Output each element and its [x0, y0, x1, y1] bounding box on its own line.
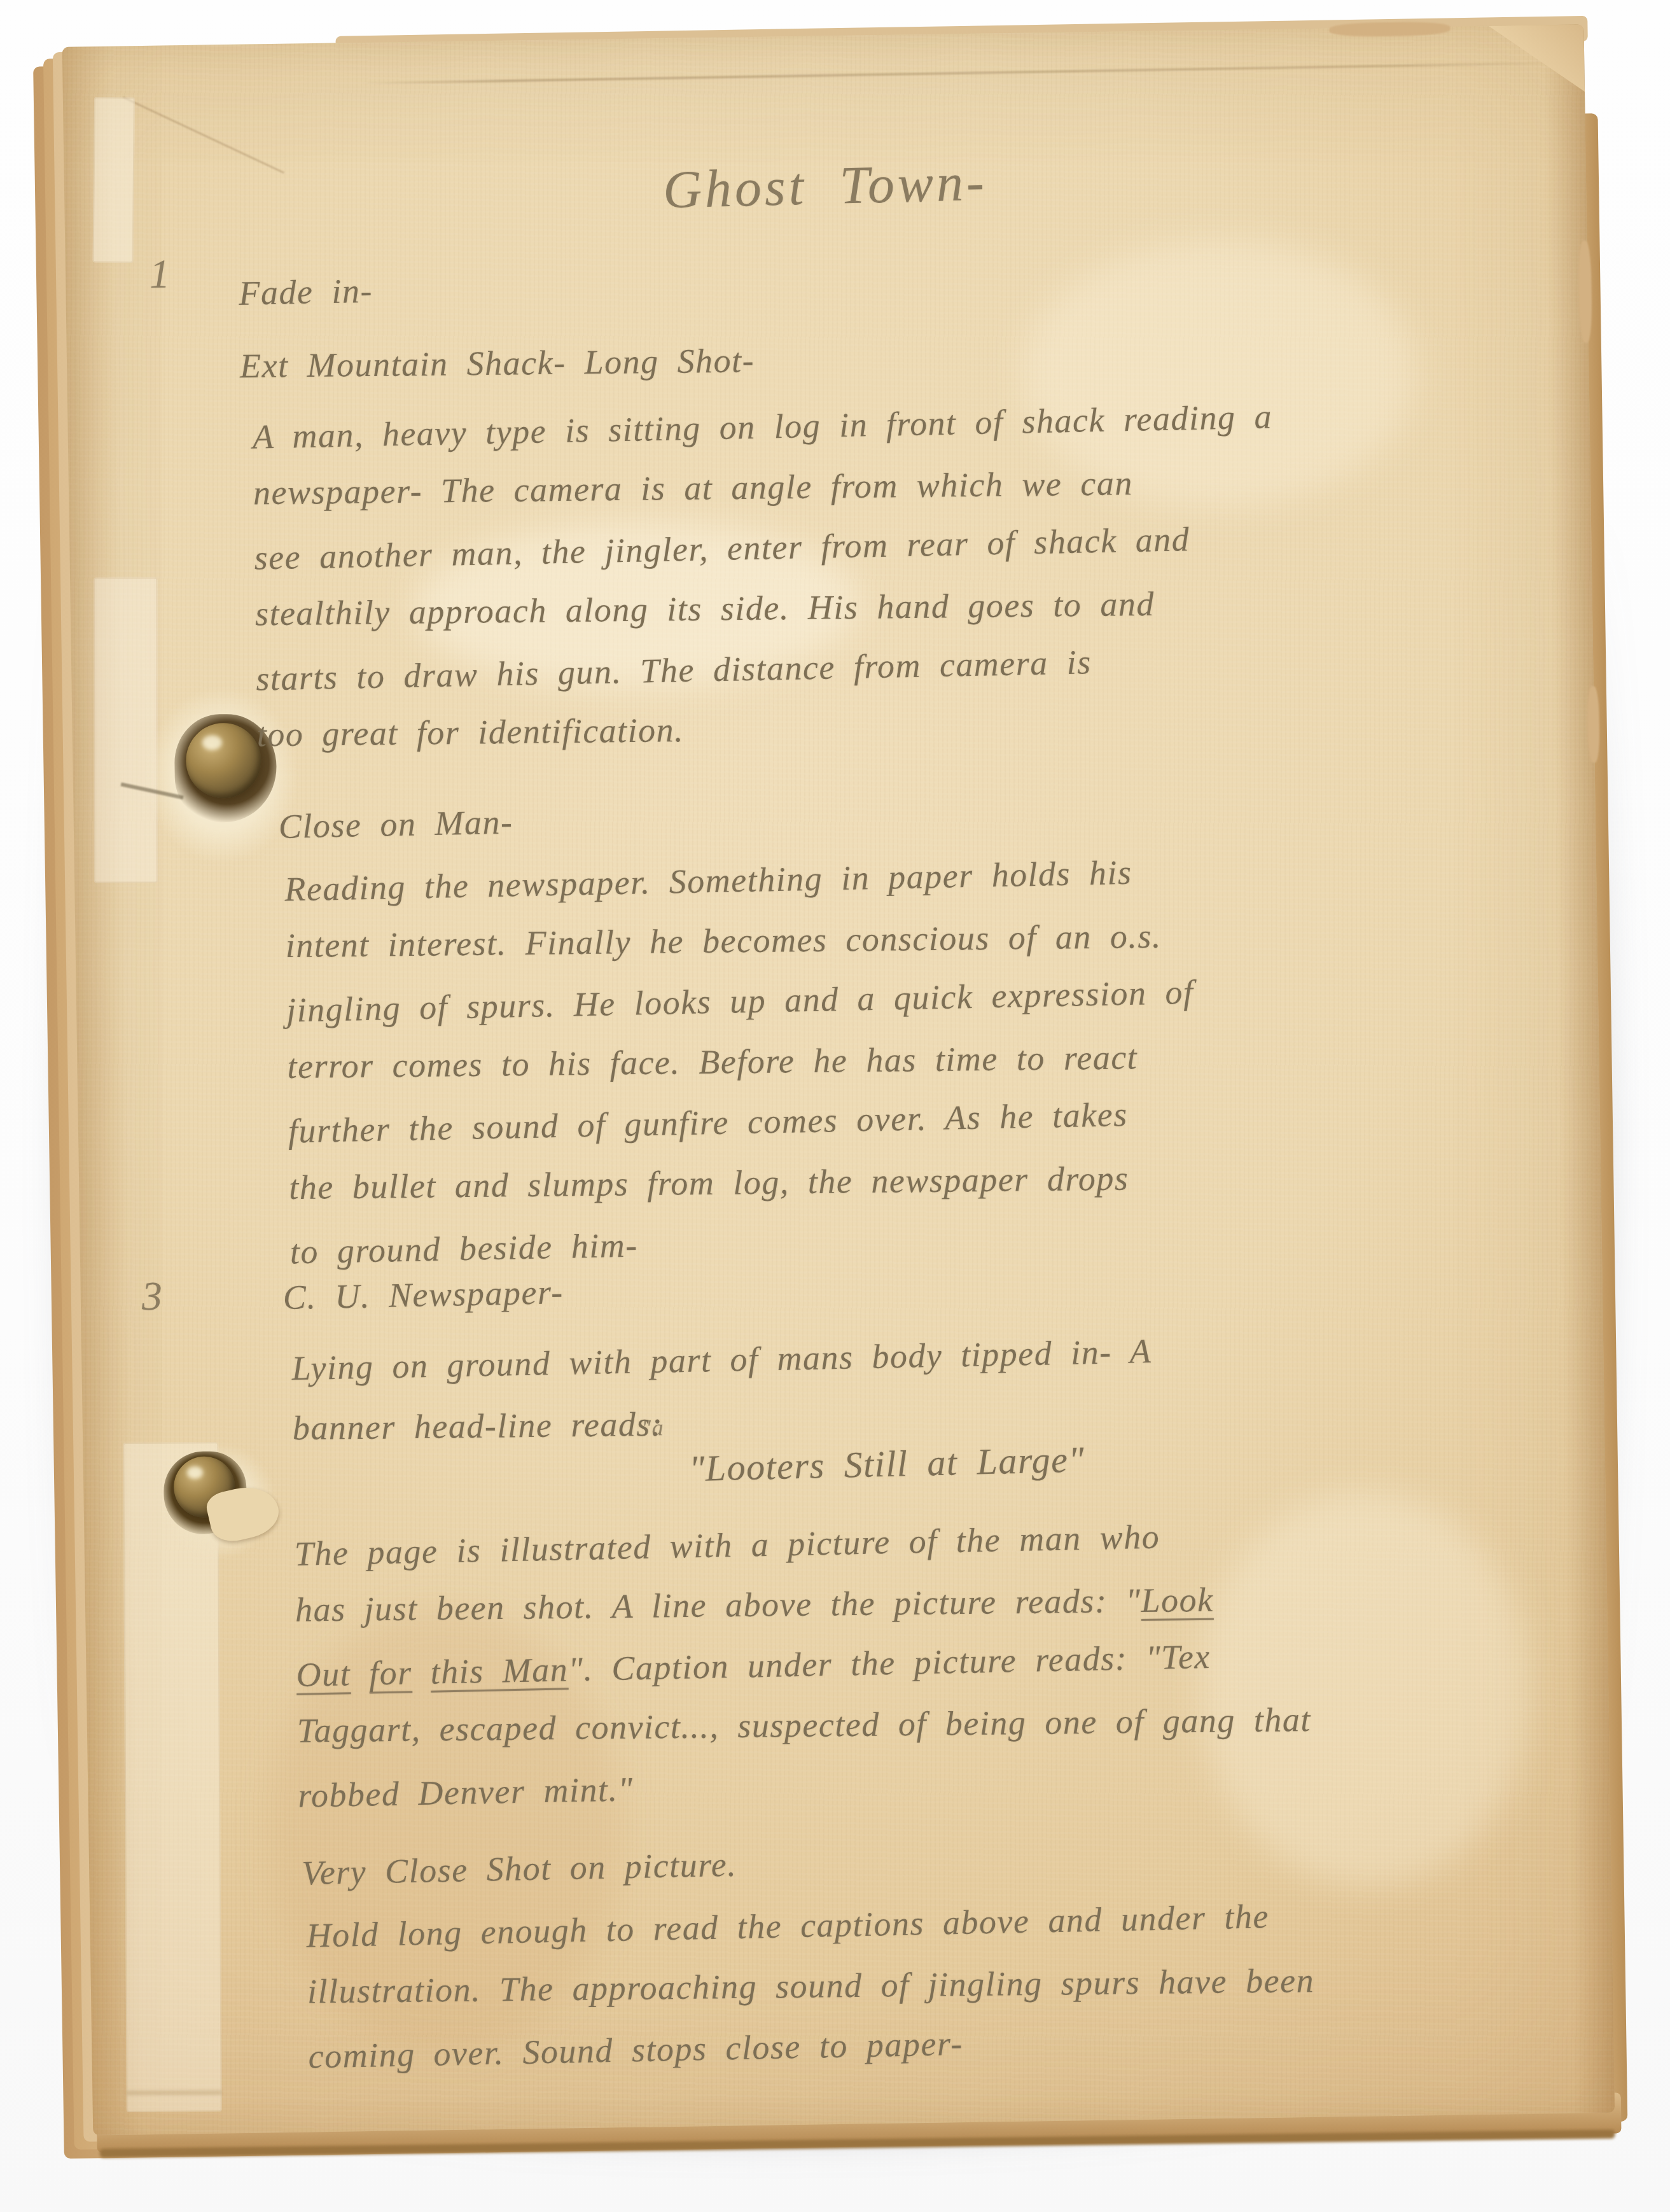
- underlined-word: Look: [1141, 1581, 1214, 1620]
- paper-stack: Ghost Town- 1 Fade in-Ext Mountain Shack…: [62, 24, 1615, 2135]
- scene-1-heading: Fade in-Ext Mountain Shack- Long Shot-: [239, 247, 755, 405]
- handwritten-line: too great for identification.: [256, 694, 1277, 766]
- scene-3-action-continued: The page is illustrated with a picture o…: [294, 1506, 1312, 1824]
- handwritten-line: Fade in-: [238, 246, 754, 331]
- handwritten-line: Close on Man-: [278, 792, 513, 857]
- manuscript-photo: Ghost Town- 1 Fade in-Ext Mountain Shack…: [0, 0, 1670, 2212]
- scene-number-3: 3: [141, 1273, 164, 1320]
- scene-number-1: 1: [149, 250, 171, 297]
- scene-3-heading: C. U. Newspaper-: [282, 1263, 564, 1327]
- scene-4-heading: Very Close Shot on picture.: [302, 1835, 737, 1902]
- inserted-correction: "a: [641, 1414, 665, 1441]
- handwritten-line: Very Close Shot on picture.: [301, 1835, 737, 1904]
- handwriting-layer: Ghost Town- 1 Fade in-Ext Mountain Shack…: [62, 24, 1615, 2135]
- scene-4-action: Hold long enough to read the captions ab…: [306, 1888, 1316, 2084]
- handwritten-line: Ext Mountain Shack- Long Shot-: [240, 323, 755, 403]
- scene-2-action: Reading the newspaper. Something in pape…: [284, 844, 1198, 1280]
- page-title: Ghost Town-: [64, 136, 1587, 236]
- scene-2-heading: Close on Man-: [278, 793, 513, 857]
- newspaper-headline-quote: "Looters Still at Large": [688, 1438, 1085, 1490]
- scene-1-action: A man, heavy type is sitting on log in f…: [252, 389, 1277, 767]
- underlined-word: Out: [296, 1655, 351, 1694]
- handwritten-line: C. U. Newspaper-: [282, 1262, 564, 1328]
- underlined-word: for: [369, 1653, 413, 1692]
- underlined-word: this Man: [430, 1650, 569, 1691]
